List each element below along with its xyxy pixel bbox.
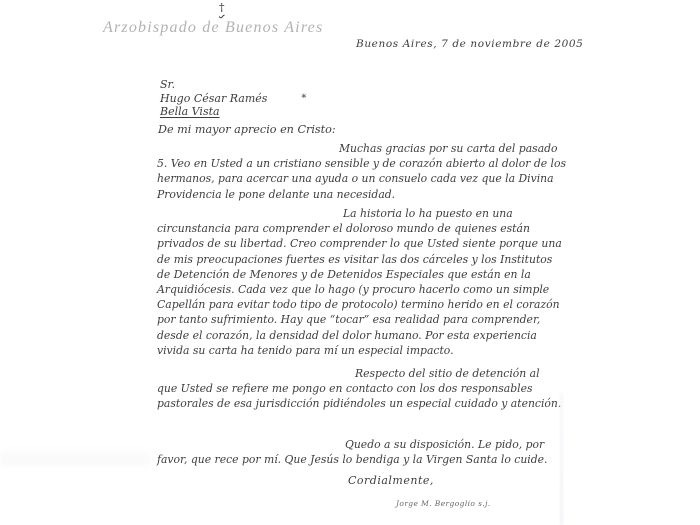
recipient-city: Bella Vista (160, 105, 306, 119)
cross-icon: † (219, 1, 225, 14)
recipient-block: Sr. Hugo César Ramés* Bella Vista (160, 78, 306, 119)
closing: Cordialmente, (348, 474, 434, 487)
recipient-name-row: Hugo César Ramés* (160, 92, 306, 106)
paragraph-prisons: La historia lo ha puesto en una circunst… (157, 206, 569, 358)
letterhead-title: Arzobispado de Buenos Aires (103, 19, 323, 37)
recipient-prefix: Sr. (160, 78, 306, 92)
salutation: De mi mayor aprecio en Cristo: (158, 123, 336, 136)
paragraph-thanks: Muchas gracias por su carta del pasado 5… (157, 141, 567, 202)
signature: Jorge M. Bergoglio s.j. (396, 499, 491, 508)
recipient-name: Hugo César Ramés (160, 92, 267, 105)
paragraph-farewell: Quedo a su disposición. Le pido, por fav… (157, 437, 565, 467)
letter-page: † Arzobispado de Buenos Aires Buenos Air… (0, 0, 700, 525)
annotation-mark: * (301, 93, 306, 104)
date-line: Buenos Aires, 7 de noviembre de 2005 (356, 38, 583, 50)
scan-paper-edge (560, 393, 563, 525)
scan-artifact (0, 452, 150, 466)
paragraph-detention-site: Respecto del sitio de detención al que U… (157, 366, 563, 412)
